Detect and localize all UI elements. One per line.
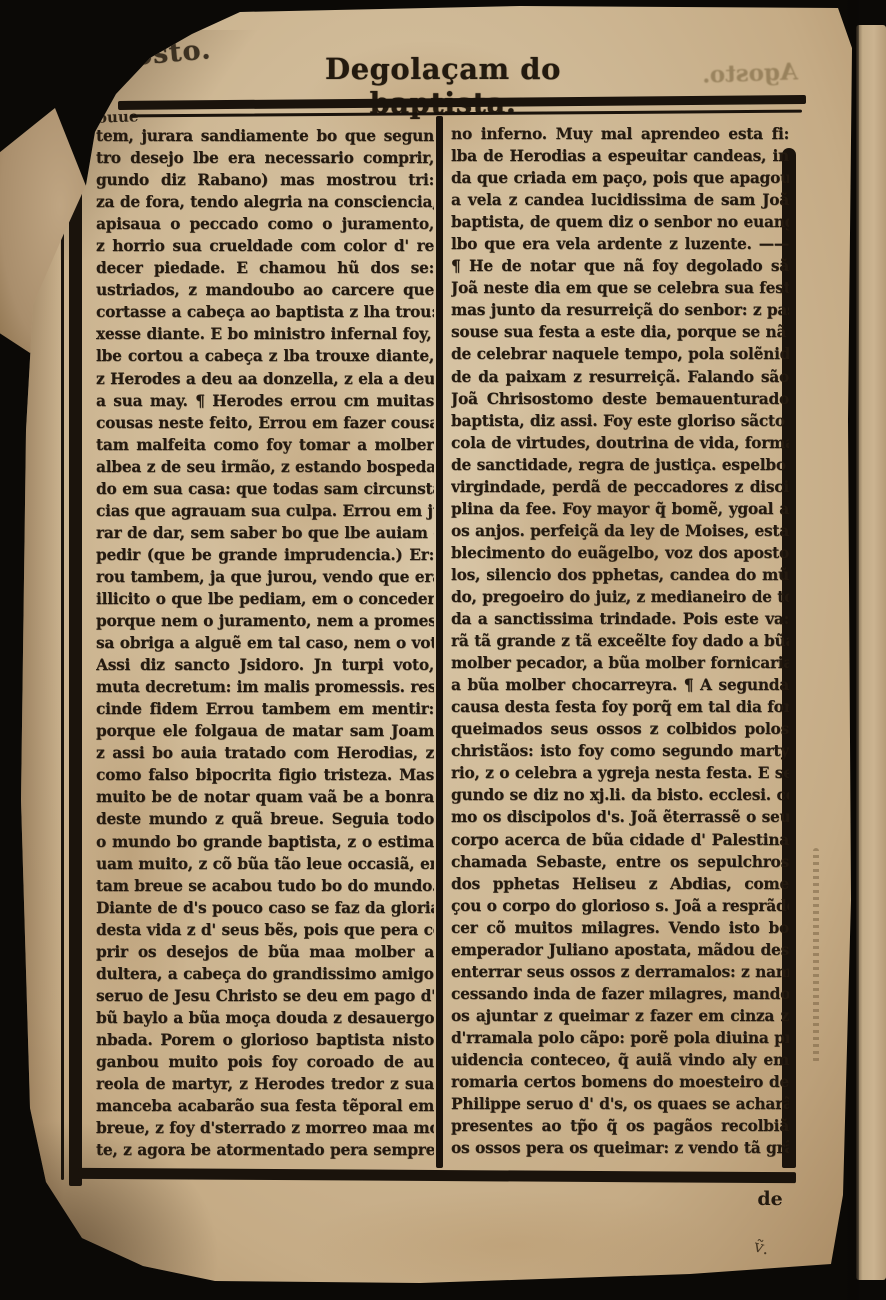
text-line: corpo acerca de bũa cidade d' Palestina (451, 829, 789, 851)
text-line: molber pecador, a bũa molber fornicaria, (451, 652, 789, 674)
text-line: gundo diz Rabano) mas mostrou tri: (96, 169, 434, 191)
text-line: da que criada em paço, pois que apagou (451, 167, 789, 189)
text-line: presentes ao tp̃o q̃ os pagãos recolbiã (451, 1115, 789, 1137)
text-line: cola de virtudes, doutrina de vida, form… (451, 432, 789, 454)
text-line: Diante de d's pouco caso se faz da glori… (96, 897, 434, 919)
column-divider-rule (436, 116, 443, 1168)
text-line: seruo de Jesu Christo se deu em pago d' (96, 985, 434, 1007)
text-line: uam muito, z cõ bũa tão leue occasiã, em (96, 853, 434, 875)
text-line: porque nem o juramento, nem a promes (96, 610, 434, 632)
text-line: tro desejo lbe era necessario comprir, (96, 147, 434, 169)
text-line: cortasse a cabeça ao baptista z lha trou… (96, 301, 434, 323)
text-line: lbe cortou a cabeça z lba trouxe diante, (96, 345, 434, 367)
catchword: de (740, 1188, 800, 1210)
text-line: cer cõ muitos milagres. Vendo isto bo (451, 917, 789, 939)
text-line: emperador Juliano apostata, mãdou des (451, 939, 789, 961)
text-line: enterrar seus ossos z derramalos: z nam (451, 961, 789, 983)
page-title: Degolaçam do baptista. (263, 52, 623, 120)
text-line: baptista, de quem diz o senbor no euange (451, 211, 789, 233)
text-line: muito be de notar quam vaã be a bonra (96, 786, 434, 808)
text-line: Joã neste dia em que se celebra sua fest… (451, 277, 789, 299)
text-line: prir os desejos de bũa maa molber a (96, 941, 434, 963)
text-line: queimados seus ossos z colbidos polos (451, 718, 789, 740)
text-line: Philippe seruo d' d's, os quaes se achar… (451, 1093, 789, 1115)
text-line: çou o corpo do glorioso s. Joã a resprãd… (451, 895, 789, 917)
left-rule-thin (61, 116, 64, 1180)
text-line: os anjos. perfeiçã da ley de Moises, est… (451, 520, 789, 542)
text-line: rio, z o celebra a ygreja nesta festa. E… (451, 762, 789, 784)
text-line: a bũa molber chocarreyra. ¶ A segunda (451, 674, 789, 696)
text-line: cinde fidem Errou tambem em mentir: (96, 698, 434, 720)
text-line: a sua may. ¶ Herodes errou cm muitas (96, 390, 434, 412)
text-line: mas junto da resurreiçã do senbor: z pas (451, 299, 789, 321)
text-line: bũ baylo a bũa moça douda z desauergo (96, 1007, 434, 1029)
text-line: o mundo bo grande baptista, z o estima (96, 831, 434, 853)
text-line: breue, z foy d'sterrado z morreo maa mor (96, 1117, 434, 1139)
text-line: los, silencio dos pphetas, candea do mũ (451, 564, 789, 586)
adjacent-page-edge (856, 25, 886, 1280)
text-line: manceba acabarão sua festa tẽporal em (96, 1095, 434, 1117)
text-line: Joã Chrisostomo deste bemauenturado (451, 388, 789, 410)
text-line: romaria certos bomens do moesteiro de (451, 1071, 789, 1093)
text-line: no inferno. Muy mal aprendeo esta fi: (451, 123, 789, 145)
text-line: blecimento do euãgelbo, voz dos aposto (451, 542, 789, 564)
text-line: os ossos pera os queimar: z vendo tã grã (451, 1137, 789, 1159)
text-column-right: no inferno. Muy mal aprendeo esta fi:lba… (451, 123, 789, 1159)
text-line: chamada Sebaste, entre os sepulchros (451, 851, 789, 873)
text-line: virgindade, perdã de peccadores z disci (451, 476, 789, 498)
text-line: do em sua casa: que todas sam circunstan (96, 478, 434, 500)
text-line: rar de dar, sem saber bo que lbe auiam d… (96, 522, 434, 544)
text-line: albea z de seu irmão, z estando bospeda (96, 456, 434, 478)
text-line: de da paixam z resurreiçã. Falando são (451, 366, 789, 388)
text-line: muta decretum: im malis promessis. res: (96, 676, 434, 698)
text-line: os ajuntar z queimar z fazer em cinza z (451, 1005, 789, 1027)
text-line: a vela z candea lucidissima de sam Joã (451, 189, 789, 211)
text-line: ganbou muito pois foy coroado de au (96, 1051, 434, 1073)
page-paper: Agosto. Degolaçam do baptista. Agosto. o… (0, 0, 886, 1300)
text-line: nbada. Porem o glorioso baptista nisto (96, 1029, 434, 1051)
text-line: xesse diante. E bo ministro infernal foy… (96, 323, 434, 345)
text-line: za de fora, tendo alegria na consciencia… (96, 191, 434, 213)
left-edge-shading (18, 220, 64, 1220)
text-line: cessando inda de fazer milagres, mandou (451, 983, 789, 1005)
text-line: como falso bipocrita figio tristeza. Mas (96, 764, 434, 786)
text-line: z horrio sua crueldade com color d' re (96, 235, 434, 257)
text-line: desta vida z d' seus bẽs, pois que pera … (96, 919, 434, 941)
text-line: ustriados, z mandoubo ao carcere que (96, 279, 434, 301)
text-line: christãos: isto foy como segundo marty (451, 740, 789, 762)
text-line: sa obriga a alguẽ em tal caso, nem o vot… (96, 632, 434, 654)
text-line: dos pphetas Heliseu z Abdias, come (451, 873, 789, 895)
text-line: te, z agora be atormentado pera sempre (96, 1139, 434, 1161)
text-line: porque ele folgaua de matar sam Joam (96, 720, 434, 742)
text-line: dultera, a cabeça do grandissimo amigo z (96, 963, 434, 985)
text-column-left: tem, jurara sandiamente bo que seguntro … (96, 125, 434, 1161)
text-line: tam malfeita como foy tomar a molber (96, 434, 434, 456)
text-line: de celebrar naquele tempo, pola solẽnida (451, 343, 789, 365)
text-line: rã tã grande z tã exceẽlte foy dado a bũ… (451, 630, 789, 652)
text-line: illicito o que lbe pediam, em o conceder… (96, 588, 434, 610)
text-line: deste mundo z quã breue. Seguia todo (96, 808, 434, 830)
text-line: lbo que era vela ardente z luzente. —— (451, 233, 789, 255)
text-line: rou tambem, ja que jurou, vendo que era (96, 566, 434, 588)
text-line: plina da fee. Foy mayor q̃ bomẽ, ygoal a (451, 498, 789, 520)
text-line: mo os discipolos d's. Joã ẽterrassẽ o se… (451, 806, 789, 828)
text-line: causa desta festa foy porq̃ em tal dia f… (451, 696, 789, 718)
text-line: de sanctidade, regra de justiça. espelbo… (451, 454, 789, 476)
scanned-book-page: Agosto. Degolaçam do baptista. Agosto. o… (0, 0, 886, 1300)
text-line: z assi bo auia tratado com Herodias, z (96, 742, 434, 764)
text-line: apisaua o peccado como o juramento, (96, 213, 434, 235)
text-line: da a sanctissima trindade. Pois este va: (451, 608, 789, 630)
text-line: uidencia conteceo, q̃ auiã vindo aly em (451, 1049, 789, 1071)
left-rule-thick (69, 118, 82, 1186)
text-line: do, pregoeiro do juiz, z medianeiro de t… (451, 586, 789, 608)
text-line: reola de martyr, z Herodes tredor z sua (96, 1073, 434, 1095)
text-line: ¶ He de notar que nã foy degolado sã (451, 255, 789, 277)
text-line: cias que agrauam sua culpa. Errou em ju (96, 500, 434, 522)
text-line: Assi diz sancto Jsidoro. Jn turpi voto, (96, 654, 434, 676)
text-line: lba de Herodias a espeuitar candeas, in (451, 145, 789, 167)
text-line: d'rramala polo cãpo: porẽ pola diuina pr… (451, 1027, 789, 1049)
ink-flourish-mark: ṽ. (752, 1236, 771, 1259)
text-line: tam breue se acabou tudo bo do mundo. (96, 875, 434, 897)
running-head-showthrough: Agosto. (690, 58, 811, 89)
text-line: gundo se diz no xj.li. da bisto. ecclesi… (451, 784, 789, 806)
text-line: tem, jurara sandiamente bo que segun (96, 125, 434, 147)
text-line: z Herodes a deu aa donzella, z ela a deu (96, 368, 434, 390)
text-line: baptista, diz assi. Foy este gloriso sãc… (451, 410, 789, 432)
text-line: pedir (que be grande imprudencia.) Er: (96, 544, 434, 566)
text-line: souse sua festa a este dia, porque se nã… (451, 321, 789, 343)
marginalia-mark (813, 848, 819, 1063)
text-line: cousas neste feito, Errou em fazer cousa (96, 412, 434, 434)
text-line: decer piedade. E chamou hũ dos se: (96, 257, 434, 279)
paper-stain (300, 1190, 720, 1300)
